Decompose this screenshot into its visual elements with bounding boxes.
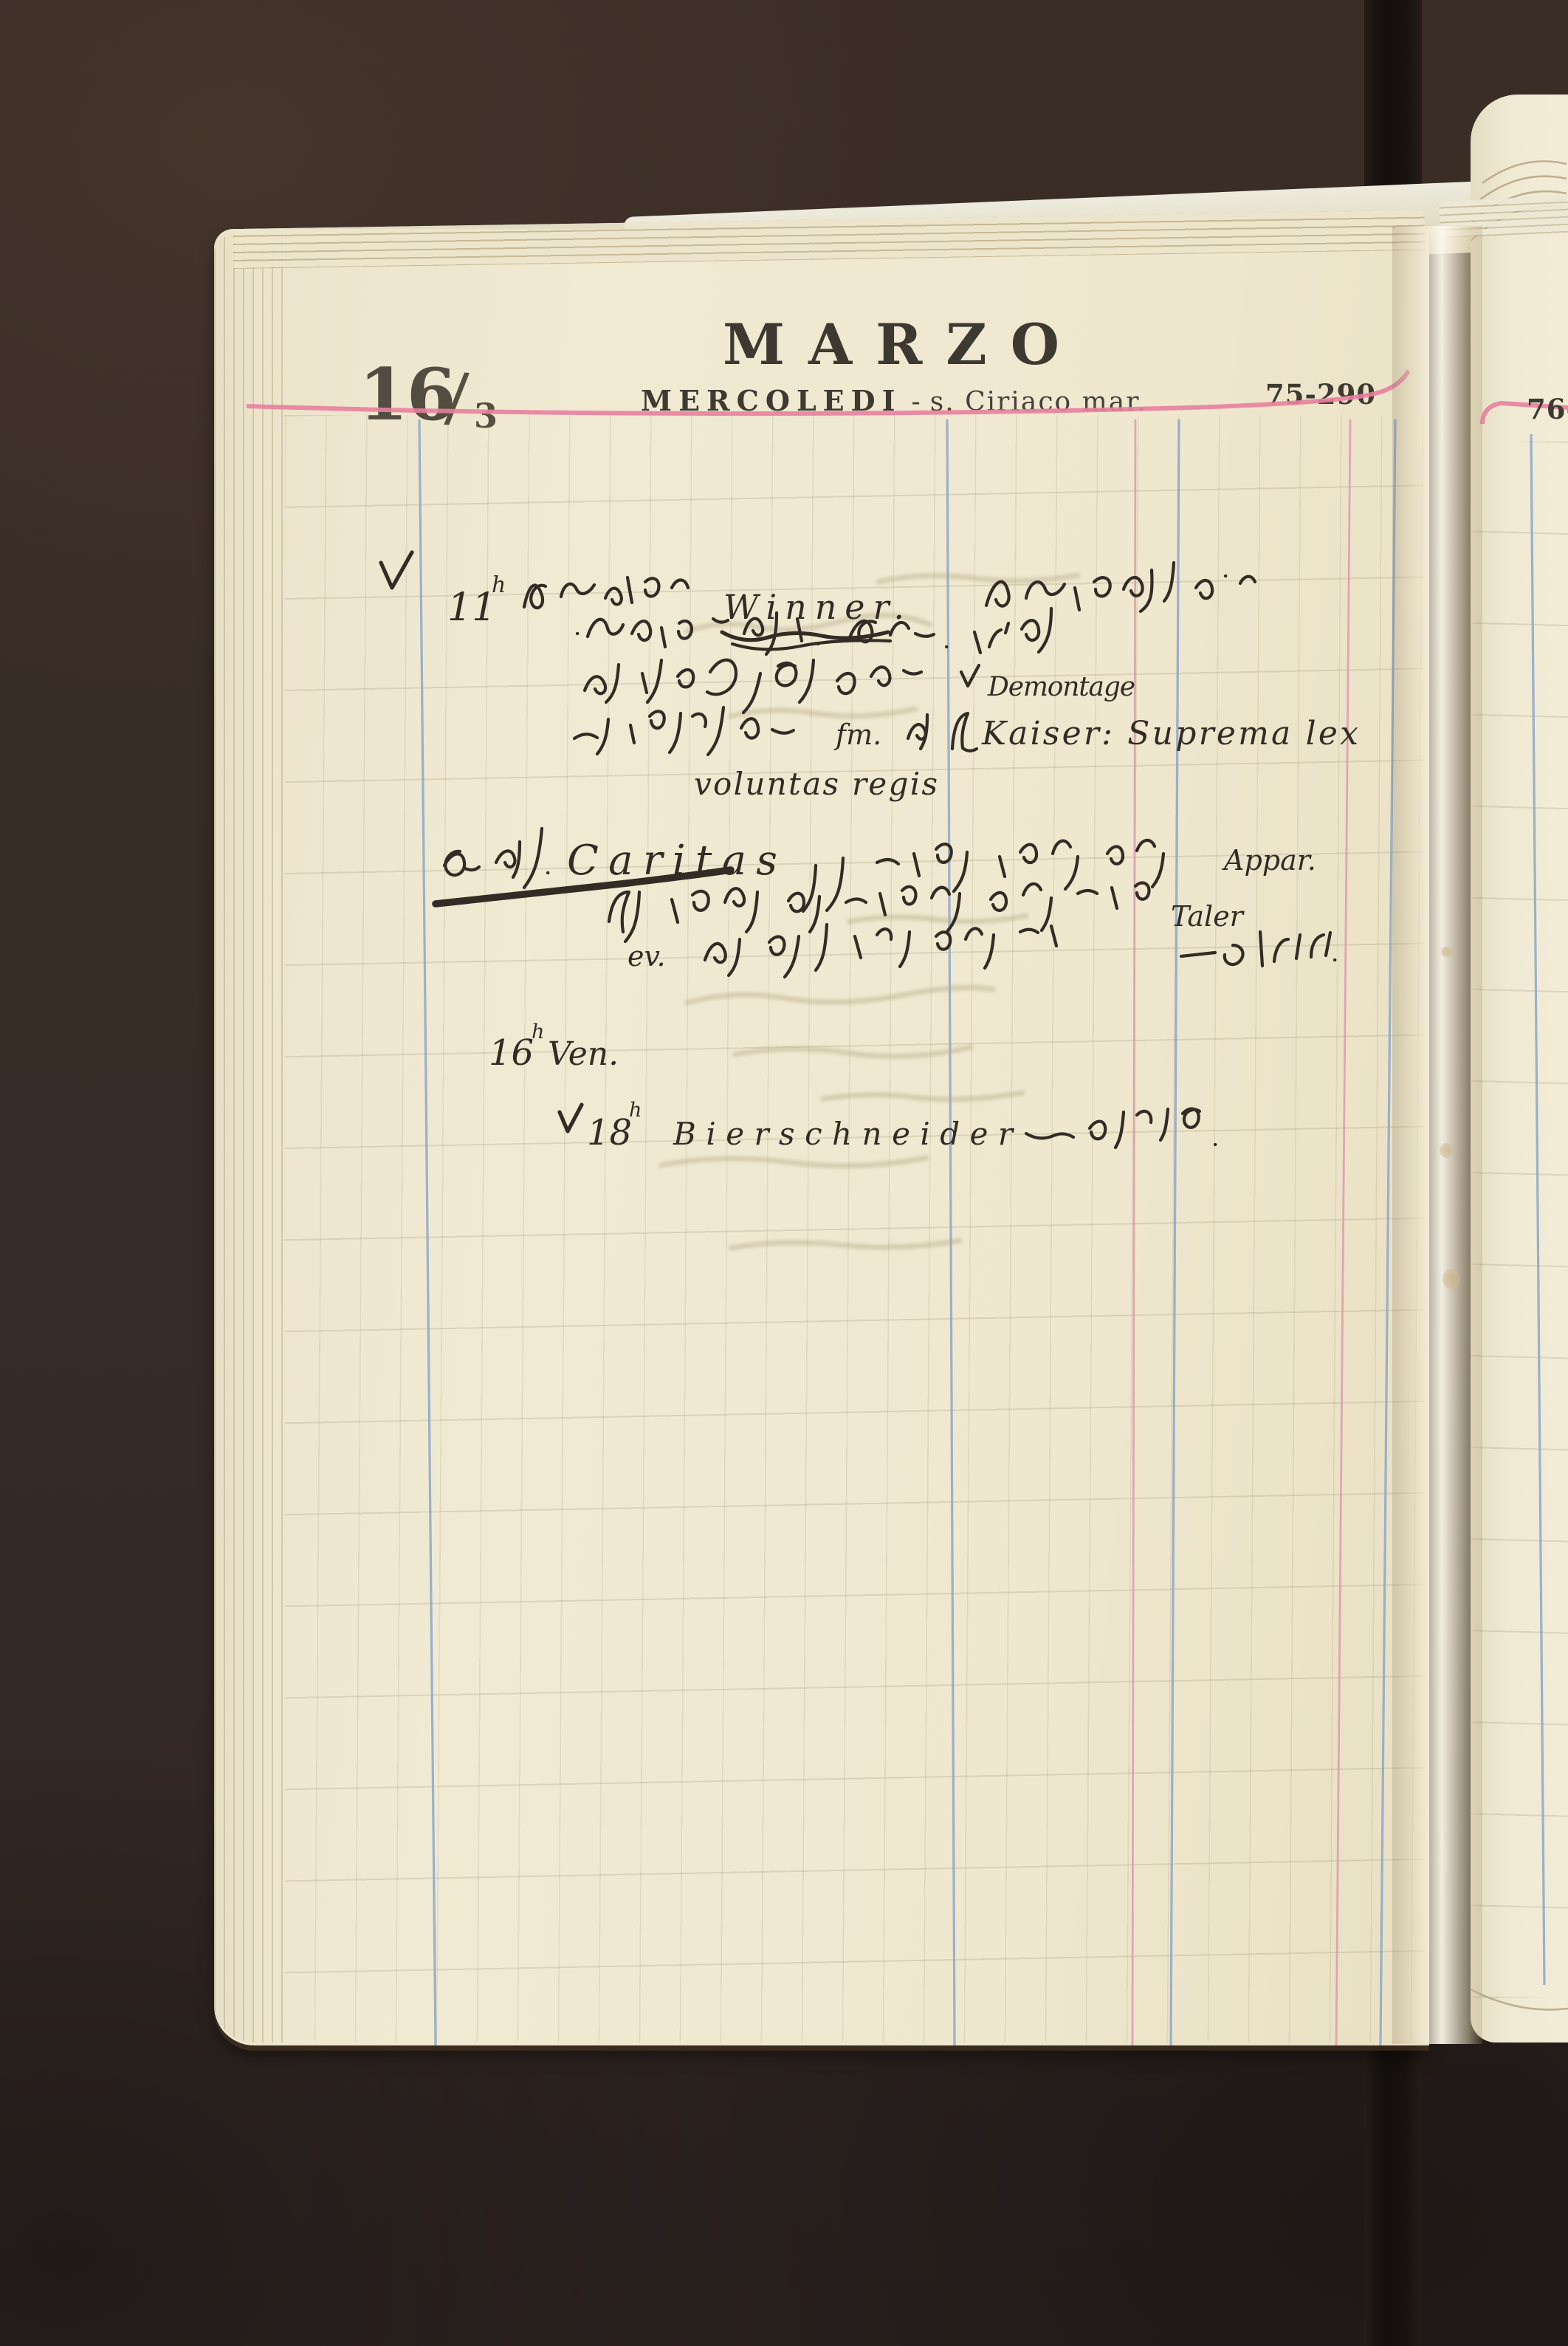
shorthand-line10 xyxy=(1026,1108,1215,1148)
hw-appar: Appar. xyxy=(1222,844,1316,877)
hw-sup-h-18: h xyxy=(629,1099,642,1122)
hw-fm: fm. xyxy=(833,718,881,751)
red-vertical-2 xyxy=(1336,419,1350,2045)
checkmark-line1 xyxy=(381,552,412,588)
hw-hour-11: 11 xyxy=(447,586,496,630)
handwriting-ink: 11 h Winner. Demontage fm. Kaiser: Supre… xyxy=(381,552,1358,1153)
ghost-stroke xyxy=(849,916,1026,922)
sheet-stack-arc xyxy=(1482,161,1567,183)
ghost-stroke xyxy=(687,987,993,1003)
hw-ven: Ven. xyxy=(548,1035,619,1073)
ghost-stroke xyxy=(731,1241,960,1248)
centre-fold-highlight xyxy=(1392,226,1482,2044)
right-page-sliver: 76- xyxy=(1471,95,1568,2043)
hw-voluntas: voluntas regis xyxy=(694,766,938,802)
hw-bierschneider: Bierschneider xyxy=(673,1116,1015,1152)
ghost-stroke xyxy=(731,709,915,716)
red-vertical-1 xyxy=(1132,419,1135,2045)
left-page: MARZO 16 / 3 MERCOLEDI - s. Ciriaco mar.… xyxy=(214,229,1429,2045)
shorthand-line3 xyxy=(585,660,921,713)
hw-sup-h: h xyxy=(492,572,506,598)
paper-spot xyxy=(1443,1269,1460,1289)
page-lines-and-ink: 11 h Winner. Demontage fm. Kaiser: Supre… xyxy=(214,229,1429,2045)
shorthand-line6a xyxy=(444,829,548,888)
paper-spot xyxy=(1441,947,1453,957)
blue-vertical-2 xyxy=(947,419,955,2045)
header-rule-pink xyxy=(247,371,1409,414)
shorthand-line1a xyxy=(524,577,688,608)
ghost-stroke xyxy=(823,1093,1022,1100)
checkmark-line3 xyxy=(961,665,979,686)
bottom-edge-curve xyxy=(1471,1989,1568,2010)
ghost-stroke xyxy=(878,575,1078,582)
shorthand-line4b xyxy=(908,713,977,751)
hw-kaiser-suprema: Kaiser: Suprema lex xyxy=(981,715,1358,752)
hw-demontage: Demontage xyxy=(987,672,1135,702)
shorthand-line4 xyxy=(574,707,794,755)
right-blue-line xyxy=(1531,434,1544,1985)
blue-vertical-1 xyxy=(419,419,436,2045)
checkmark-line10 xyxy=(560,1105,582,1131)
ghost-stroke xyxy=(735,1047,971,1057)
hw-hour-16: 16 xyxy=(489,1032,534,1074)
scanned-diary-photo: 76- MARZO 16 / 3 MERCOLEDI - s. Ciriaco … xyxy=(0,0,1568,2346)
hw-ev: ev. xyxy=(627,940,666,973)
right-page-number: 76- xyxy=(1527,393,1568,425)
shorthand-line1b xyxy=(986,563,1255,611)
paper-spot xyxy=(1440,1143,1453,1158)
blue-vertical-3 xyxy=(1171,419,1179,2045)
hw-hour-18: 18 xyxy=(587,1112,632,1153)
right-page-lines xyxy=(1471,95,1568,2043)
winner-underline-1 xyxy=(722,632,888,640)
hw-sup-h-16: h xyxy=(532,1021,544,1043)
ghost-stroke xyxy=(661,1158,926,1166)
hw-taler: Taler xyxy=(1171,900,1245,933)
